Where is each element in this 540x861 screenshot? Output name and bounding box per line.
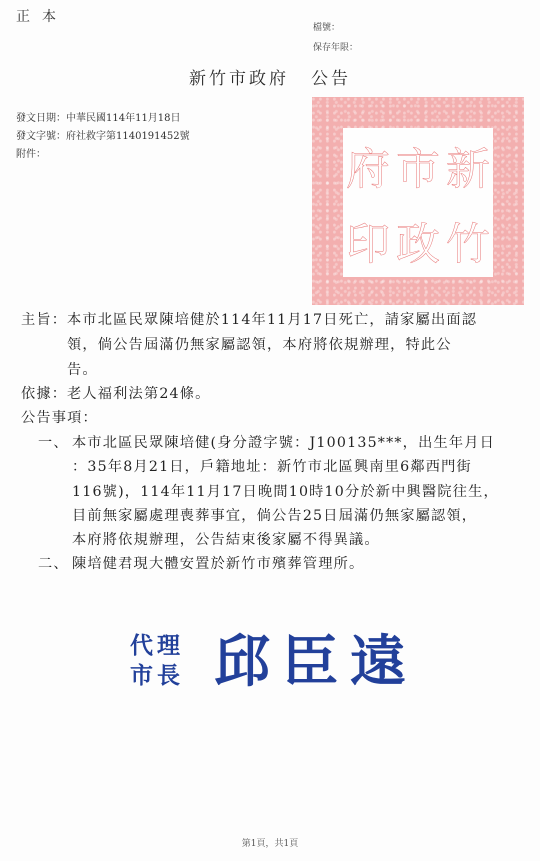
subject-label: 主旨： bbox=[21, 309, 67, 329]
seal-char: 政 bbox=[393, 203, 443, 278]
document-number-value: 府社救字第1140191452號 bbox=[66, 131, 190, 142]
item-line: 本府將依規辦理，公告結束後家屬不得異議。 bbox=[72, 529, 380, 549]
basis-label: 依據： bbox=[21, 383, 67, 403]
signature-title-acting: 代理 bbox=[130, 632, 184, 660]
signature-name: 邱臣遠 bbox=[214, 626, 418, 698]
seal-char: 印 bbox=[343, 203, 393, 278]
seal-inner-field: 新 竹 市 政 府 印 bbox=[343, 128, 493, 277]
seal-char: 府 bbox=[343, 128, 393, 203]
issue-date-label: 發文日期： bbox=[16, 113, 66, 124]
issue-date-value: 中華民國114年11月18日 bbox=[66, 113, 181, 124]
document-number-line: 發文字號：府社救字第1140191452號 bbox=[16, 127, 190, 142]
item-marker: 二、 bbox=[38, 553, 69, 573]
basis-text: 老人福利法第24條。 bbox=[67, 383, 211, 403]
subject-line: 領，倘公告屆滿仍無家屬認領，本府將依規辦理，特此公 bbox=[67, 334, 452, 354]
original-copy-mark: 正本 bbox=[16, 6, 68, 26]
items-label: 公告事項： bbox=[21, 407, 98, 427]
retention-period-label: 保存年限： bbox=[313, 40, 358, 53]
official-seal-stamp: 新 竹 市 政 府 印 bbox=[312, 97, 524, 305]
subject-line: 告。 bbox=[67, 359, 98, 379]
agency-name: 新竹市政府 bbox=[189, 69, 289, 89]
page-number: 第1頁，共1頁 bbox=[0, 836, 540, 849]
item-line: ：35年8月21日，戶籍地址：新竹市北區興南里6鄰西門街 bbox=[72, 456, 472, 476]
document-type: 公告 bbox=[311, 69, 351, 89]
item-line: 116號)，114年11月17日晚間10時10分於新中興醫院往生， bbox=[72, 481, 499, 501]
file-number-label: 檔號： bbox=[313, 20, 340, 33]
attachment-label: 附件： bbox=[16, 149, 46, 160]
item-line: 目前無家屬處理喪葬事宜，倘公告25日屆滿仍無家屬認領， bbox=[72, 505, 477, 525]
seal-char: 竹 bbox=[443, 203, 493, 278]
document-title: 新竹市政府公告 bbox=[0, 64, 540, 89]
signature-title-mayor: 市長 bbox=[130, 662, 184, 690]
item-marker: 一、 bbox=[38, 432, 69, 452]
seal-char: 市 bbox=[393, 128, 443, 203]
subject-line: 本市北區民眾陳培健於114年11月17日死亡，請家屬出面認 bbox=[67, 309, 477, 329]
item-line: 本市北區民眾陳培健(身分證字號：J100135***，出生年月日 bbox=[72, 432, 495, 452]
issue-date-line: 發文日期：中華民國114年11月18日 bbox=[16, 109, 181, 124]
attachment-line: 附件： bbox=[16, 145, 46, 160]
seal-char: 新 bbox=[443, 128, 493, 203]
document-number-label: 發文字號： bbox=[16, 131, 66, 142]
item-line: 陳培健君現大體安置於新竹市殯葬管理所。 bbox=[72, 553, 364, 573]
